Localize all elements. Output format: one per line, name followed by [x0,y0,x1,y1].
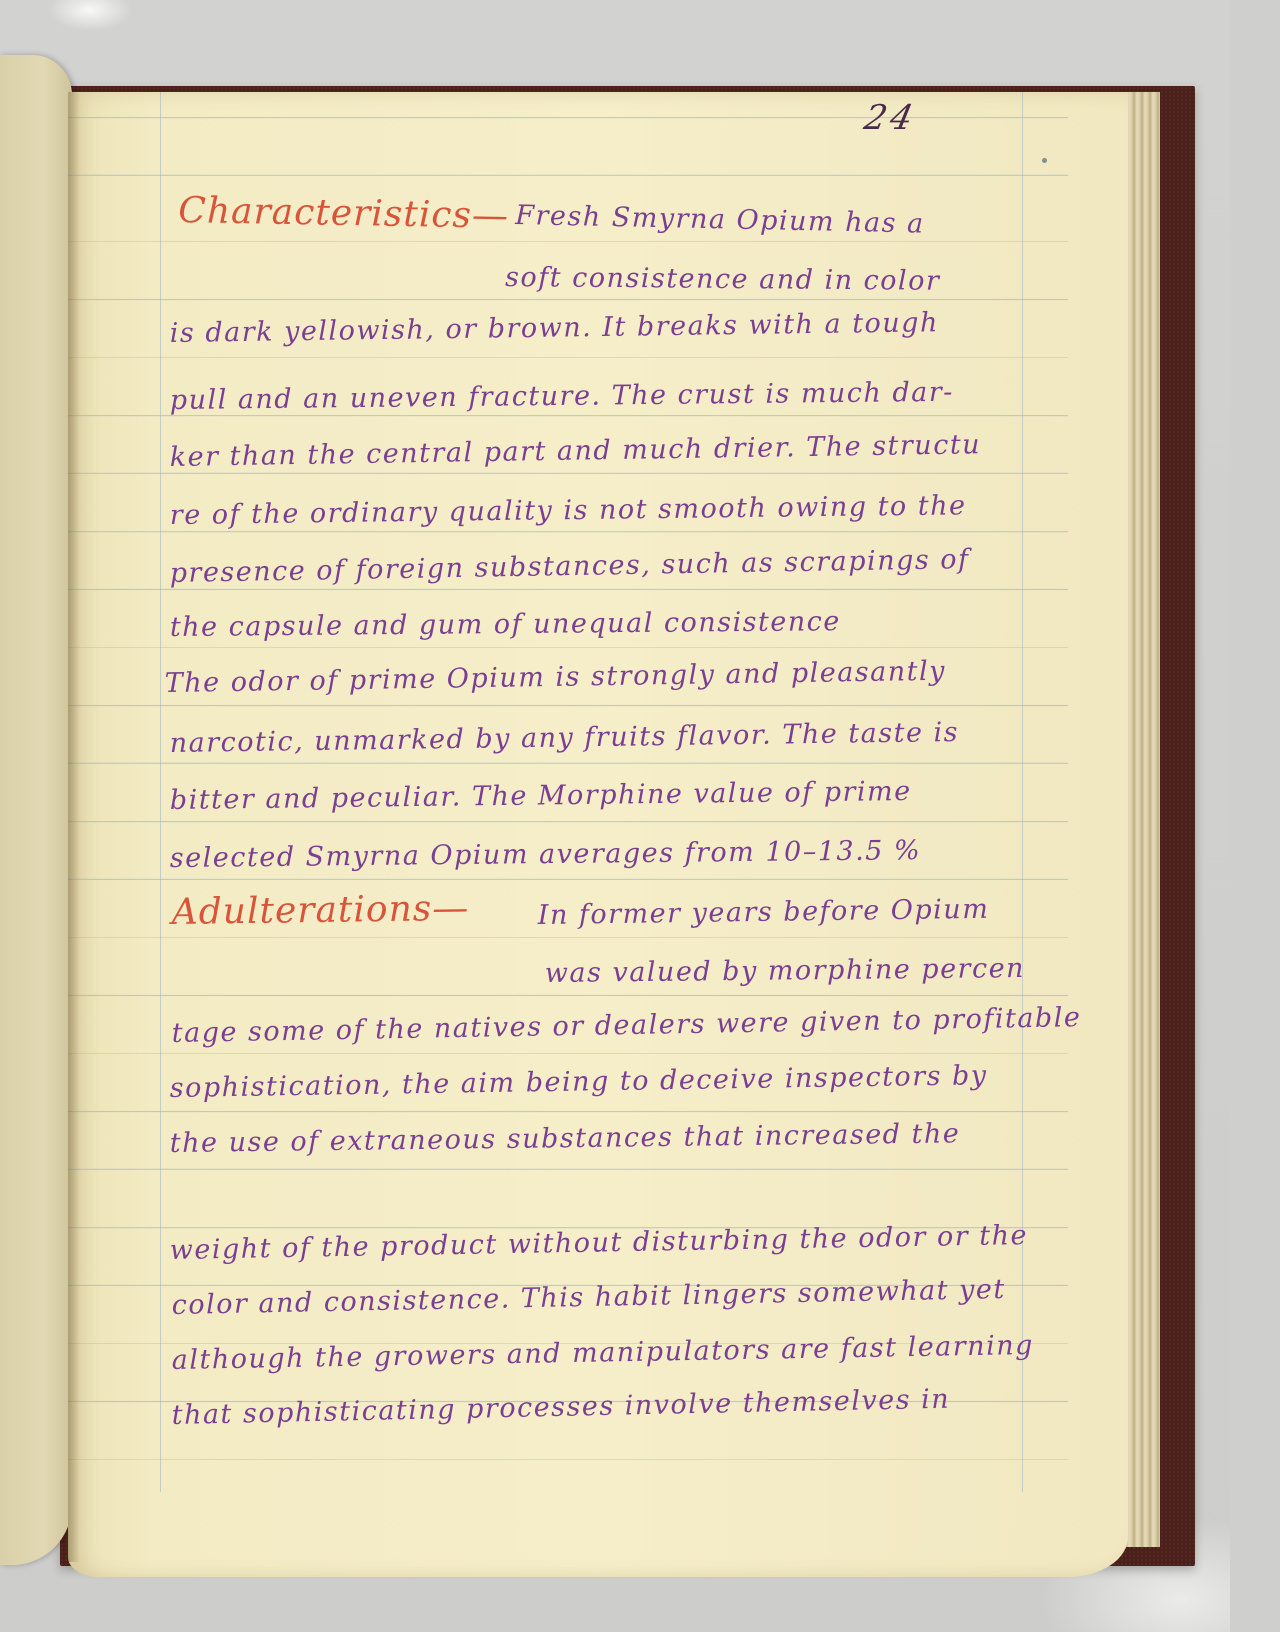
left-margin-line [160,92,161,1492]
right-margin-line [1022,92,1023,1492]
page-blemish [1042,158,1047,163]
text-line: soft consistence and in color [505,262,940,297]
text-line: the capsule and gum of unequal consisten… [170,606,841,643]
text-line: was valued by morphine percen [545,953,1025,989]
section-heading-adulterations: Adulterations— [171,888,469,933]
left-page-edge [0,55,72,1565]
section-heading-characteristics: Characteristics— [178,190,509,237]
page-number: 24 [861,98,921,138]
gutter-shadow [68,92,80,1562]
text-line: In former years before Opium [538,894,990,931]
